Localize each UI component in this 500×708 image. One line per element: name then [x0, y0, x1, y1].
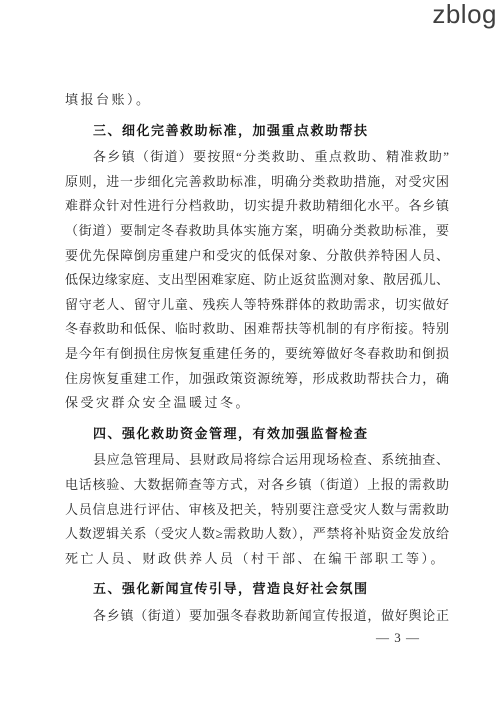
- paragraph-line: 各乡镇（街道）要按照“分类救助、重点救助、精准救助”: [65, 145, 449, 170]
- section-heading: 三、细化完善救助标准，加强重点救助帮扶: [65, 119, 449, 144]
- section-heading: 五、强化新闻宣传引导，营造良好社会氛围: [65, 577, 449, 602]
- paragraph-line: 要优先保障倒房重建户和受灾的低保对象、分散供养特困人员、: [65, 244, 449, 269]
- paragraph-line: 低保边缘家庭、支出型困难家庭、防止返贫监测对象、散居孤儿、: [65, 268, 449, 293]
- paragraph-line: 住房恢复重建工作，加强政策资源统筹，形成救助帮扶合力，确: [65, 367, 449, 392]
- paragraph-line: 人员信息进行评估、审核及把关，特别要注意受灾人数与需救助: [65, 498, 449, 523]
- paragraph-line-leading: 填报台账）。: [65, 88, 449, 113]
- paragraph-line: 是今年有倒损住房恢复重建任务的，要统筹做好冬春救助和倒损: [65, 342, 449, 367]
- paragraph-line: 原则，进一步细化完善救助标准，明确分类救助措施，对受灾困: [65, 170, 449, 195]
- paragraph-line: 保受灾群众安全温暖过冬。: [65, 391, 449, 416]
- page-number: — 3 —: [376, 630, 420, 646]
- section-heading: 四、强化救助资金管理，有效加强监督检查: [65, 422, 449, 447]
- zblog-watermark: zblog: [432, 0, 497, 30]
- paragraph-line: 县应急管理局、县财政局将综合运用现场检查、系统抽查、: [65, 448, 449, 473]
- document-sections: 三、细化完善救助标准，加强重点救助帮扶各乡镇（街道）要按照“分类救助、重点救助、…: [65, 119, 449, 629]
- paragraph-line: （街道）要制定冬春救助具体实施方案，明确分类救助标准，要: [65, 219, 449, 244]
- paragraph-line: 各乡镇（街道）要加强冬春救助新闻宣传报道，做好舆论正: [65, 604, 449, 629]
- paragraph-line: 难群众针对性进行分档救助，切实提升救助精细化水平。各乡镇: [65, 194, 449, 219]
- paragraph-line: 电话核验、大数据筛查等方式，对各乡镇（街道）上报的需救助: [65, 473, 449, 498]
- paragraph-line: 冬春救助和低保、临时救助、困难帮扶等机制的有序衔接。特别: [65, 317, 449, 342]
- document-page: zblog 填报台账）。 三、细化完善救助标准，加强重点救助帮扶各乡镇（街道）要…: [0, 0, 500, 708]
- paragraph-line: 死亡人员、财政供养人员（村干部、在编干部职工等）。: [65, 547, 449, 572]
- document-body: 填报台账）。 三、细化完善救助标准，加强重点救助帮扶各乡镇（街道）要按照“分类救…: [65, 88, 449, 628]
- paragraph-line: 留守老人、留守儿童、残疾人等特殊群体的救助需求，切实做好: [65, 293, 449, 318]
- paragraph-line: 人数逻辑关系（受灾人数≥需救助人数），严禁将补贴资金发放给: [65, 522, 449, 547]
